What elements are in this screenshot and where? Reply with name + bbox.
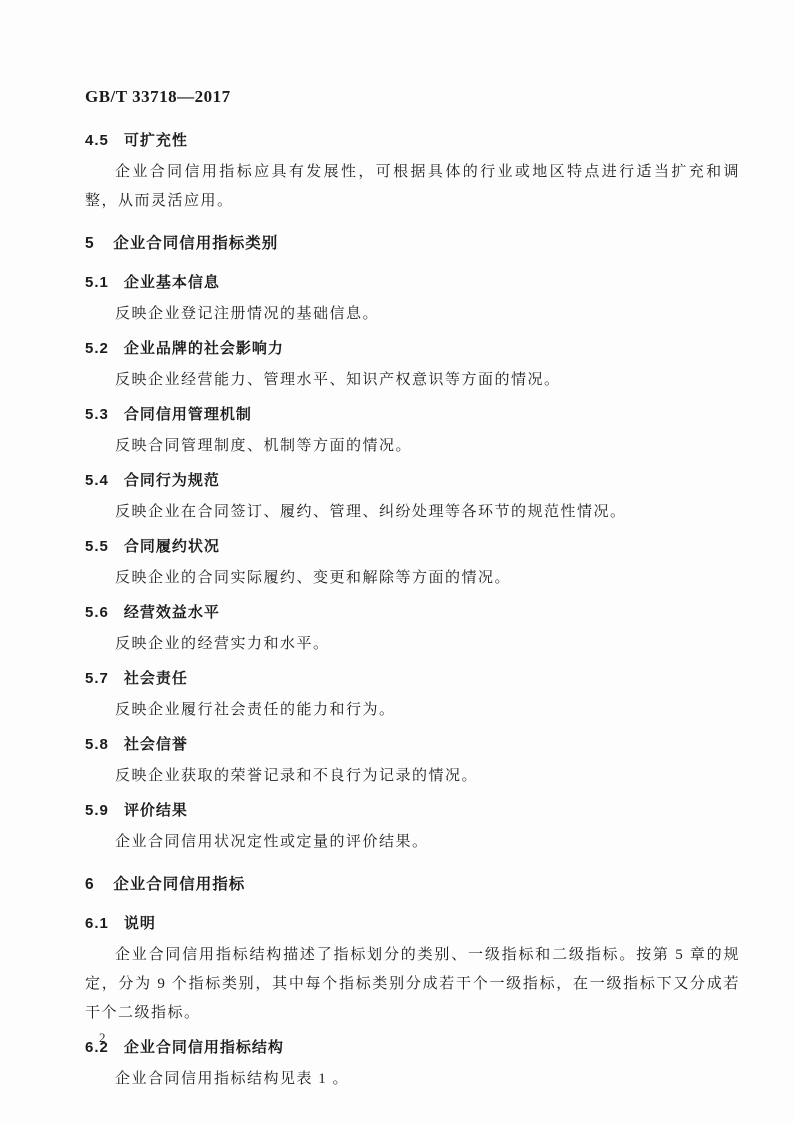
heading-title: 评价结果 [124, 802, 188, 819]
heading-number: 5.7 [85, 670, 109, 687]
paragraph: 反映企业履行社会责任的能力和行为。 [85, 696, 740, 725]
section-heading: 5.2企业品牌的社会影响力 [85, 338, 740, 360]
heading-number: 4.5 [85, 132, 109, 149]
heading-number: 6 [85, 876, 95, 893]
heading-title: 企业合同信用指标 [113, 876, 245, 893]
heading-title: 社会信誉 [124, 736, 188, 753]
heading-number: 5.3 [85, 406, 109, 423]
section-heading: 5.7社会责任 [85, 668, 740, 690]
paragraph: 反映企业的合同实际履约、变更和解除等方面的情况。 [85, 564, 740, 593]
paragraph: 反映企业经营能力、管理水平、知识产权意识等方面的情况。 [85, 366, 740, 395]
heading-number: 5.5 [85, 538, 109, 555]
section-heading: 4.5可扩充性 [85, 130, 740, 152]
heading-title: 合同行为规范 [124, 472, 220, 489]
heading-number: 6.1 [85, 915, 109, 932]
section-heading: 5.8社会信誉 [85, 734, 740, 756]
heading-title: 说明 [124, 915, 156, 932]
heading-number: 5.9 [85, 802, 109, 819]
heading-title: 经营效益水平 [124, 604, 220, 621]
standard-number-header: GB/T 33718—2017 [85, 86, 740, 107]
section-heading: 5.6经营效益水平 [85, 602, 740, 624]
paragraph: 企业合同信用指标结构见表 1 。 [85, 1065, 740, 1094]
paragraph: 企业合同信用状况定性或定量的评价结果。 [85, 828, 740, 857]
chapter-heading: 6企业合同信用指标 [85, 874, 740, 896]
heading-number: 5.1 [85, 274, 109, 291]
heading-title: 可扩充性 [124, 132, 188, 149]
section-heading: 5.1企业基本信息 [85, 272, 740, 294]
section-heading: 5.5合同履约状况 [85, 536, 740, 558]
paragraph: 反映合同管理制度、机制等方面的情况。 [85, 432, 740, 461]
heading-number: 5.4 [85, 472, 109, 489]
heading-title: 社会责任 [124, 670, 188, 687]
page-number: 2 [99, 1030, 106, 1046]
heading-title: 企业合同信用指标结构 [124, 1039, 284, 1056]
heading-title: 企业品牌的社会影响力 [124, 340, 284, 357]
heading-title: 企业基本信息 [124, 274, 220, 291]
section-heading: 5.9评价结果 [85, 800, 740, 822]
document-body: 4.5可扩充性企业合同信用指标应具有发展性，可根据具体的行业或地区特点进行适当扩… [85, 107, 740, 1094]
section-heading: 5.3合同信用管理机制 [85, 404, 740, 426]
paragraph: 反映企业的经营实力和水平。 [85, 630, 740, 659]
heading-number: 5.8 [85, 736, 109, 753]
section-heading: 5.4合同行为规范 [85, 470, 740, 492]
heading-title: 企业合同信用指标类别 [113, 235, 278, 252]
heading-number: 5 [85, 235, 95, 252]
paragraph: 企业合同信用指标应具有发展性，可根据具体的行业或地区特点进行适当扩充和调整，从而… [85, 158, 740, 216]
document-page: GB/T 33718—2017 4.5可扩充性企业合同信用指标应具有发展性，可根… [0, 0, 794, 1122]
section-heading: 6.1说明 [85, 913, 740, 935]
paragraph: 反映企业获取的荣誉记录和不良行为记录的情况。 [85, 762, 740, 791]
section-heading: 6.2企业合同信用指标结构 [85, 1037, 740, 1059]
heading-title: 合同信用管理机制 [124, 406, 252, 423]
heading-title: 合同履约状况 [124, 538, 220, 555]
paragraph: 反映企业登记注册情况的基础信息。 [85, 300, 740, 329]
chapter-heading: 5企业合同信用指标类别 [85, 233, 740, 255]
paragraph: 反映企业在合同签订、履约、管理、纠纷处理等各环节的规范性情况。 [85, 498, 740, 527]
heading-number: 5.6 [85, 604, 109, 621]
heading-number: 5.2 [85, 340, 109, 357]
paragraph: 企业合同信用指标结构描述了指标划分的类别、一级指标和二级指标。按第 5 章的规定… [85, 941, 740, 1028]
